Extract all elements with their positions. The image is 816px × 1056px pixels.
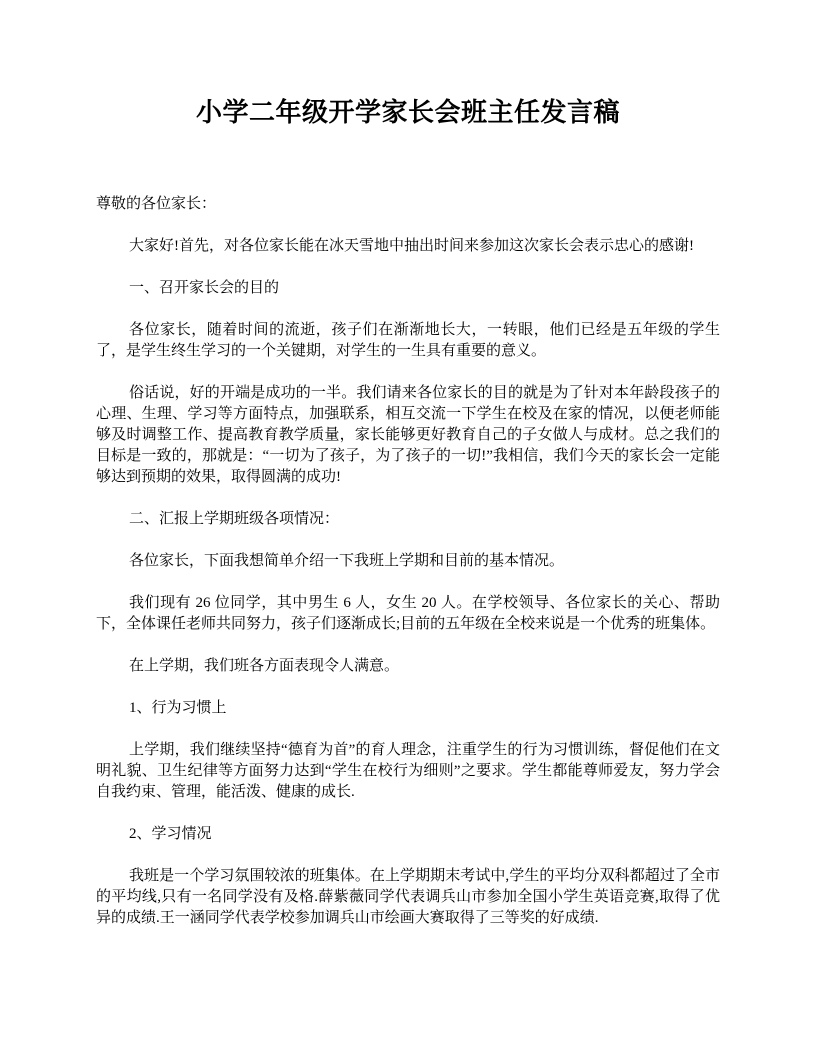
- behavior-habits-paragraph: 上学期，我们继续坚持“德育为首”的育人理念，注重学生的行为习惯训练，督促他们在文…: [96, 740, 720, 803]
- purpose-paragraph-2: 俗话说，好的开端是成功的一半。我们请来各位家长的目的就是为了针对本年龄段孩子的心…: [96, 383, 720, 488]
- document-body: 尊敬的各位家长： 大家好!首先，对各位家长能在冰天雪地中抽出时间来参加这次家长会…: [96, 194, 720, 929]
- class-overview-paragraph: 我们现有 26 位同学，其中男生 6 人，女生 20 人。在学校领导、各位家长的…: [96, 593, 720, 635]
- study-situation-paragraph: 我班是一个学习氛围较浓的班集体。在上学期期末考试中,学生的平均分双科都超过了全市…: [96, 866, 720, 929]
- purpose-paragraph-1: 各位家长，随着时间的流逝，孩子们在渐渐地长大，一转眼，他们已经是五年级的学生了，…: [96, 320, 720, 362]
- section-heading-report: 二、汇报上学期班级各项情况：: [96, 509, 720, 530]
- document-title: 小学二年级开学家长会班主任发言稿: [96, 96, 720, 130]
- salutation: 尊敬的各位家长：: [96, 194, 720, 215]
- semester-summary-paragraph: 在上学期，我们班各方面表现令人满意。: [96, 656, 720, 677]
- section-heading-purpose: 一、召开家长会的目的: [96, 278, 720, 299]
- subheading-behavior-habits: 1、行为习惯上: [96, 698, 720, 719]
- greeting-paragraph: 大家好!首先，对各位家长能在冰天雪地中抽出时间来参加这次家长会表示忠心的感谢!: [96, 236, 720, 257]
- subheading-study-situation: 2、学习情况: [96, 824, 720, 845]
- document-page: 小学二年级开学家长会班主任发言稿 尊敬的各位家长： 大家好!首先，对各位家长能在…: [0, 0, 816, 1056]
- report-intro-paragraph: 各位家长，下面我想简单介绍一下我班上学期和目前的基本情况。: [96, 551, 720, 572]
